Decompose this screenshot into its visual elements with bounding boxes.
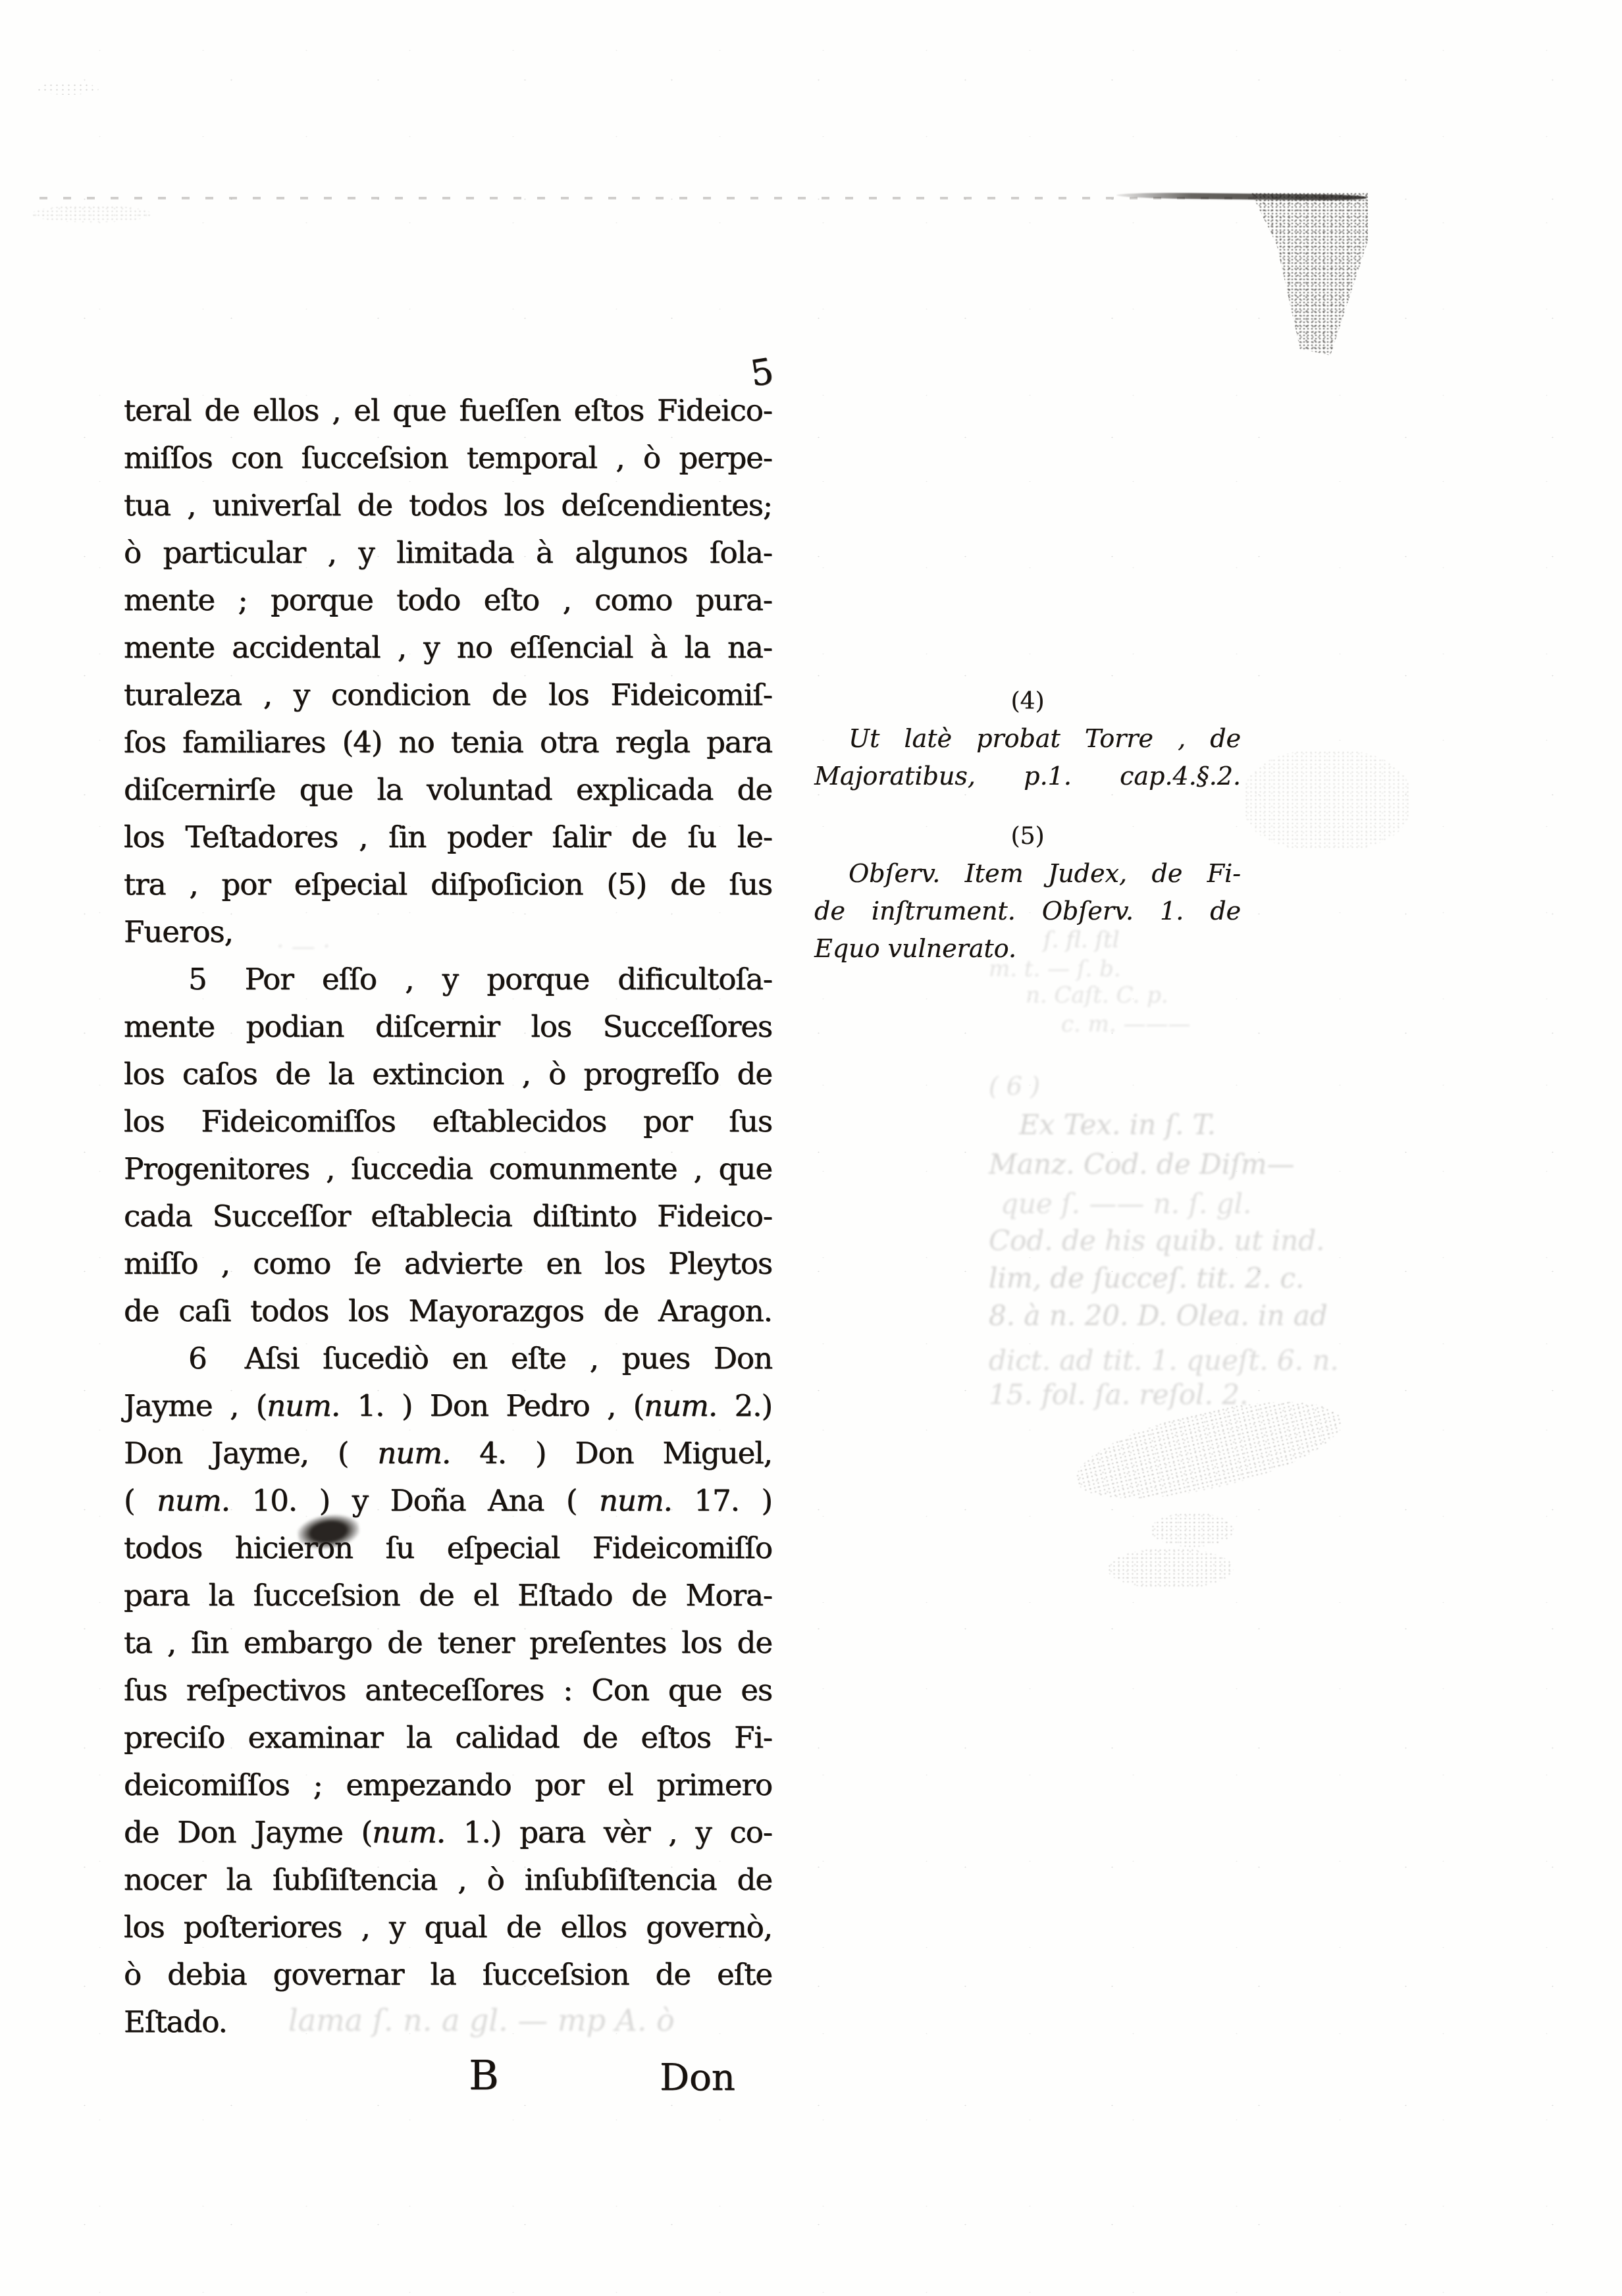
body-line: Jayme , (num. 1. ) Don Pedro , (num. 2.) (124, 1382, 772, 1430)
body-text-run: tua , univerſal de todos los deſcendient… (124, 488, 772, 523)
body-text: teral de ellos , el que fueſſen eſtos Fi… (124, 387, 772, 2046)
margin-note-label: (5) (814, 818, 1241, 855)
body-text-run: Progenitores , ſuccedia comunmente , que (124, 1151, 772, 1186)
body-text-run: ta , ſin embargo de tener preſentes los … (124, 1625, 772, 1660)
ghost-fragment: ſ. fl. ſtl (1043, 927, 1120, 953)
body-text-run: todos hicieron ſu eſpecial Fideicomiſſo (124, 1530, 772, 1565)
body-line: preciſo examinar la calidad de eſtos Fi- (124, 1714, 772, 1761)
body-text-run: 6 (188, 1341, 207, 1376)
ghost-fragment: n. Caſt. C. p. (1026, 982, 1168, 1008)
body-text-run: tra , por eſpecial diſpoſicion (5) de ſu… (124, 867, 772, 902)
body-text-italic: num. (377, 1436, 450, 1471)
ghost-fragment: Manz. Cod. de Diſm— (989, 1148, 1295, 1180)
body-line: mente accidental , y no eſſencial à la n… (124, 624, 772, 671)
body-text-run: miſſo , como ſe advierte en los Pleytos (124, 1246, 772, 1281)
body-text-run: 4. ) Don Miguel, (450, 1436, 772, 1471)
body-text-italic: num. (267, 1388, 340, 1423)
ghost-fragment: Cod. de his quib. ut ind. (989, 1224, 1324, 1257)
body-text-run: 1. ) Don Pedro , ( (340, 1388, 644, 1423)
body-text-italic: num. (157, 1483, 230, 1518)
margin-note-line: Majoratibus, p.1. cap.4.§.2. (814, 758, 1241, 795)
catchword: Don (660, 2056, 735, 2099)
body-line: miſſo , como ſe advierte en los Pleytos (124, 1240, 772, 1288)
body-text-run: ſus reſpectivos anteceſſores : Con que e… (124, 1673, 772, 1708)
body-text-run: ſos familiares (4) no tenia otra regla p… (124, 725, 772, 760)
scanned-book-page: 5 teral de ellos , el que fueſſen eſtos … (0, 0, 1622, 2296)
body-text-run: Eſtado. (124, 2004, 227, 2039)
body-text-run: 2.) (717, 1388, 772, 1423)
body-text-run: 17. ) (672, 1483, 772, 1518)
body-line: Fueros, (124, 908, 772, 956)
body-line: turaleza , y condicion de los Fideicomiſ… (124, 671, 772, 719)
body-line: los Teſtadores , ſin poder ſalir de ſu l… (124, 814, 772, 861)
body-line: cada Succeſſor eſtablecia diſtinto Fidei… (124, 1193, 772, 1240)
body-text-run: mente ; porque todo eſto , como pura- (124, 583, 772, 617)
body-text-run: mente accidental , y no eſſencial à la n… (124, 630, 772, 665)
body-line: mente podian diſcernir los Succeſſores (124, 1003, 772, 1051)
body-line: ta , ſin embargo de tener preſentes los … (124, 1619, 772, 1667)
body-line: teral de ellos , el que fueſſen eſtos Fi… (124, 387, 772, 434)
margin-note-line: Ut latè probat Torre , de (814, 720, 1241, 758)
body-line: ò debia governar la ſucceſsion de eſte (124, 1951, 772, 1998)
body-line: ſus reſpectivos anteceſſores : Con que e… (124, 1667, 772, 1714)
body-line: los poſteriores , y qual de ellos govern… (124, 1904, 772, 1951)
body-line: ſos familiares (4) no tenia otra regla p… (124, 719, 772, 766)
body-line: Don Jayme, ( num. 4. ) Don Miguel, (124, 1430, 772, 1477)
body-text-italic: num. (372, 1815, 445, 1850)
body-text-run: Jayme , ( (124, 1388, 267, 1423)
body-text-run: mente podian diſcernir los Succeſſores (124, 1009, 772, 1044)
scan-artifact-bleed-cloud (32, 205, 151, 222)
body-text-run: de caſi todos los Mayorazgos de Aragon. (124, 1293, 772, 1328)
body-line: nocer la ſubſiſtencia , ò inſubſiſtencia… (124, 1856, 772, 1904)
body-text-run: los poſteriores , y qual de ellos govern… (124, 1910, 772, 1944)
body-text-run: para la ſucceſsion de el Eſtado de Mora- (124, 1578, 772, 1613)
body-line: de caſi todos los Mayorazgos de Aragon. (124, 1288, 772, 1335)
body-text-run: diſcernirſe que la voluntad explicada de (124, 772, 772, 807)
margin-note-line: de inſtrument. Obſerv. 1. de (814, 893, 1241, 930)
body-line: de Don Jayme (num. 1.) para vèr , y co- (124, 1809, 772, 1856)
body-line: 6Aſsi ſucediò en eſte , pues Don (124, 1335, 772, 1382)
body-text-italic: num. (644, 1388, 717, 1423)
ghost-fragment: Ex Tex. in ſ. T. (1019, 1109, 1216, 1141)
body-line: deicomiſſos ; empezando por el primero (124, 1761, 772, 1809)
body-line: para la ſucceſsion de el Eſtado de Mora- (124, 1572, 772, 1619)
scan-artifact-bleed-cloud (1151, 1513, 1234, 1547)
body-text-run: los Fideicomiſſos eſtablecidos por ſus (124, 1104, 772, 1139)
ghost-fragment: 8. à n. 20. D. Olea. in ad (989, 1299, 1328, 1332)
body-line: los caſos de la extincion , ò progreſſo … (124, 1051, 772, 1098)
body-text-run: 5 (188, 962, 207, 997)
body-text-run: Don Jayme, ( (124, 1436, 377, 1471)
body-text-run: Aſsi ſucediò en eſte , pues Don (245, 1341, 772, 1376)
body-text-run: nocer la ſubſiſtencia , ò inſubſiſtencia… (124, 1862, 772, 1897)
body-text-run: preciſo examinar la calidad de eſtos Fi- (124, 1720, 772, 1755)
body-line: diſcernirſe que la voluntad explicada de (124, 766, 772, 814)
body-text-run: de Don Jayme ( (124, 1815, 372, 1850)
ghost-fragment: · — · (276, 933, 330, 960)
body-text-run: 1.) para vèr , y co- (445, 1815, 772, 1850)
scan-artifact-bleed-cloud (1244, 750, 1410, 850)
body-text-run: ò particular , y limitada à algunos ſola… (124, 535, 772, 570)
margin-note-label: (4) (814, 683, 1241, 720)
body-text-run: ò debia governar la ſucceſsion de eſte (124, 1957, 772, 1992)
body-text-run: turaleza , y condicion de los Fideicomiſ… (124, 677, 772, 712)
body-line: miſſos con ſucceſsion temporal , ò perpe… (124, 434, 772, 482)
scan-artifact-bleed-cloud (1107, 1548, 1234, 1589)
body-text-run: Por eſſo , y porque dificultoſa- (245, 962, 772, 997)
ghost-fragment: c. m. ——— (1061, 1011, 1191, 1037)
ghost-fragment: lim, de ſucceſ. tit. 2. c. (989, 1262, 1304, 1294)
body-line: tra , por eſpecial diſpoſicion (5) de ſu… (124, 861, 772, 908)
body-line: mente ; porque todo eſto , como pura- (124, 577, 772, 624)
scan-artifact-corner-smudge (1251, 192, 1368, 355)
body-line: ò particular , y limitada à algunos ſola… (124, 529, 772, 577)
body-line: 5Por eſſo , y porque dificultoſa- (124, 956, 772, 1003)
body-line: los Fideicomiſſos eſtablecidos por ſus (124, 1098, 772, 1145)
body-line: tua , univerſal de todos los deſcendient… (124, 482, 772, 529)
body-text-run: teral de ellos , el que fueſſen eſtos Fi… (124, 393, 772, 428)
body-text-run: Fueros, (124, 914, 233, 949)
body-text-run: cada Succeſſor eſtablecia diſtinto Fidei… (124, 1199, 772, 1234)
scan-artifact-specks-top-left (36, 83, 99, 95)
ghost-fragment: m. t. — ſ. b. (989, 956, 1121, 982)
body-text-run: ( (124, 1483, 157, 1518)
body-line: ( num. 10. ) y Doña Ana ( num. 17. ) (124, 1477, 772, 1525)
margin-note: (5)Obſerv. Item Judex, de Fi-de inſtrume… (814, 818, 1241, 968)
margin-note-line: Obſerv. Item Judex, de Fi- (814, 855, 1241, 893)
body-text-run: deicomiſſos ; empezando por el primero (124, 1767, 772, 1802)
body-line: Progenitores , ſuccedia comunmente , que (124, 1145, 772, 1193)
body-line: todos hicieron ſu eſpecial Fideicomiſſo (124, 1525, 772, 1572)
ghost-fragment: dict. ad tit. 1. queſt. 6. n. (989, 1344, 1339, 1376)
ghost-fragment: 15. fol. ſa. reſol. 2. (989, 1378, 1248, 1411)
margin-note: (4)Ut latè probat Torre , deMajoratibus,… (814, 683, 1241, 795)
body-text-run: los caſos de la extincion , ò progreſſo … (124, 1057, 772, 1091)
body-text-run: 10. ) y Doña Ana ( (230, 1483, 599, 1518)
signature-mark: B (469, 2051, 499, 2099)
ghost-fragment: ( 6 ) (989, 1072, 1040, 1101)
ghost-fragment: lama ſ. n. a gl. — mp A. ò (288, 2002, 675, 2038)
body-text-run: los Teſtadores , ſin poder ſalir de ſu l… (124, 820, 772, 854)
body-text-run: miſſos con ſucceſsion temporal , ò perpe… (124, 440, 772, 475)
ghost-fragment: que ſ. —— n. ſ. gl. (1001, 1187, 1251, 1220)
body-text-italic: num. (599, 1483, 672, 1518)
